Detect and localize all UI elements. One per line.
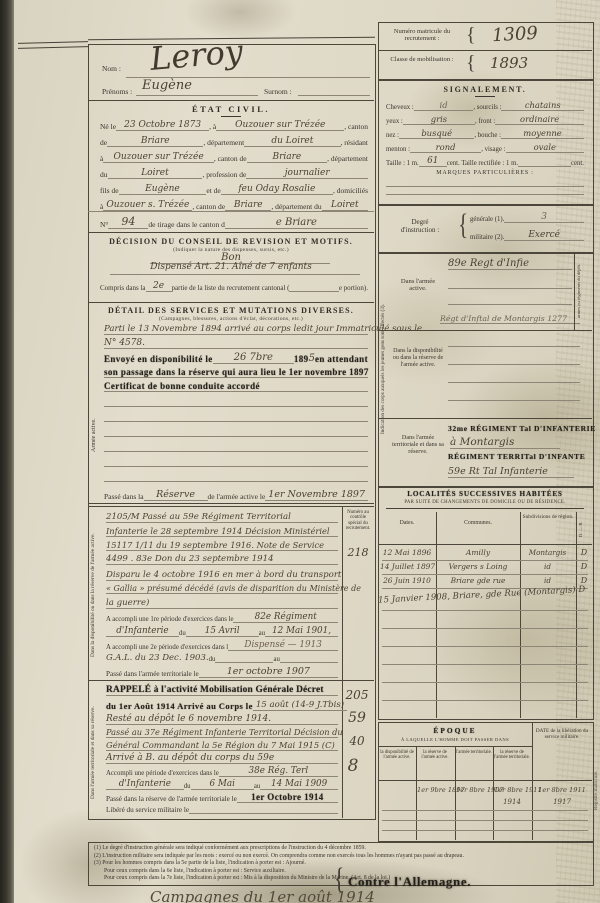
instruction-label-2: d'instruction : [401,226,439,234]
compris-label-a: Compris dans la [100,284,146,292]
epoque-col1-header: la disponibilité de l'armée active. [379,750,415,761]
surnom-rule [298,95,370,96]
ec-line3: àOuzouer sur Trézée, canton deBriare, dé… [100,152,368,163]
sourcils-label: , sourcils : [473,104,501,111]
divider-decision [88,302,374,303]
decision-rule2 [110,274,360,275]
front-label: , front : [475,118,495,125]
epoque-empty-rule2 [382,820,588,821]
loc-r1-dr: D [577,548,591,557]
epoque-col3-header: l'armée territoriale. [456,750,492,755]
rappele-stamp1: RAPPELÉ à l'activité Mobilisation Généra… [106,685,338,696]
periode1-date1: 15 Avril [186,626,259,637]
compris-label-c: e portion). [339,284,368,292]
corps-side-note: armes ou régiments du dépôt. [576,255,590,327]
armee-active-vertical-label: Armée active. [91,378,101,493]
front-value: ordinaire [495,114,584,125]
ec-line6: àOuzouer s. Trézée, canton deBriare, dép… [100,200,368,211]
marques-title: MARQUES PARTICULIÈRES : [378,170,592,176]
passe-label-a: Passé dans la [104,492,144,501]
epoque-val4b: 1914 [494,798,530,806]
territoriale-hand2: 59e Rt Tal Infanterie [448,466,574,478]
margin-number-205: 205 [342,688,372,702]
compris-value: 2e [146,281,172,292]
etat-civil-title: ÉTAT CIVIL. [88,104,374,114]
divider-names [88,100,374,101]
margin-number-59: 59 [342,710,372,726]
ec-l2-label: de [100,138,107,147]
loc-header-dates: Dates. [378,520,436,526]
epoque-empty-rule1 [382,810,588,811]
epoque-val3: 1er 8bre 1907 [456,786,492,794]
book-binding-edge [0,0,14,903]
epoque-val4: 1er 8bre 1911 [494,786,530,794]
ec-l1-label2: , à [209,122,216,131]
ec-l6-value2: Briare [225,200,271,211]
prenoms-rule [136,95,258,96]
taille-label: Taille : 1 m. [386,160,419,167]
tirage-no-value: 94 [108,215,148,229]
rappele-stamp2-line: du 1er Août 1914 Arrivé au Corps le15 ao… [106,700,338,711]
armee-active-value2: Régt d'Inftal de Montargis 1277 [440,314,580,324]
cheveux-label: Cheveux : [386,104,414,111]
dispo-rule1 [448,346,580,347]
compris-blank [289,289,338,292]
instruction-label: Degréd'instruction : [384,218,456,234]
corps-vertical-label: Indication des corps auxquels les jeunes… [380,258,390,480]
matricule-divider [378,50,592,51]
decision-hand2: Dispensé Art. 21. Aîné de 7 enfants [88,262,374,272]
ec-l1-value2: Ouzouer sur Trézée [216,120,344,131]
stamp-envoye-tail: en attendant [315,354,368,364]
reserve-hand2: Infanterie le 28 septembre 1914 Décision… [106,526,338,537]
periode2-line1: A accompli une 2e période d'exercices da… [106,640,338,651]
epoque-date-col-border [532,722,533,840]
passe-value-reserve: Réserve [144,489,208,501]
loc-r3-commune: Briare gde rue [438,576,518,585]
cheveux-value: id [414,100,474,111]
services-title: DÉTAIL DES SERVICES ET MUTATIONS DIVERSE… [88,306,374,315]
ec-l4-label2: , profession de [202,170,246,179]
bouche-value: moyenne [501,128,584,139]
passe-reserve-line: Passé dans laRéservede l'armée active le… [104,489,368,501]
ec-l1-label3: , canton [344,122,368,131]
sig-row4: menton :rond, visage :ovale [386,142,584,153]
surnom-label: Surnom : [264,87,292,96]
periode2-line2: G.A.L. du 23 Dec. 1903.duau [106,653,338,663]
loc-header-dr: D. — R. [578,514,590,544]
periode2-value: Dispensé — 1913 [228,640,338,651]
etat-civil-underline [221,116,241,117]
ec-line4: duLoiret, profession dejournalier [100,168,368,179]
territoriale-stamp1: 32me RÉGIMENT Tal D'INFANTERIE [448,424,596,433]
decision-compris-line: Compris dans la2epartie de la liste du r… [100,281,368,292]
margin-number-8: 8 [338,756,368,776]
generale-value: 3 [504,212,584,223]
ec-l6-value3: Loiret [322,200,368,211]
marques-rule1 [386,186,584,187]
dispo-rule2 [448,364,580,365]
instruction-militaire-row: militaire (2).Exercé [470,230,584,241]
libere-line: Libéré du service militaire le [106,806,338,814]
divider-etat-civil [88,232,374,233]
periode2-blank2 [280,660,338,663]
armee-active-label: Dans l'armée active. [392,278,444,293]
periode2-gal: G.A.L. du 23 Dec. 1903. [106,653,209,663]
sig-row1: Cheveux :id, sourcils :chatains [386,100,584,111]
localites-subtitle: PAR SUITE DE CHANGEMENTS DE DOMICILE OU … [378,500,592,505]
loc-col-line1 [436,512,437,718]
campagnes-line2: Campagnes du 1er août 1914 [150,888,375,903]
compris-label-b: partie de la liste du recrutement canton… [172,284,290,292]
periode1-line1: A accompli une 1re période d'exercices d… [106,612,338,623]
services-stamp-line3: Certificat de bonne conduite accordé [104,381,368,392]
taille-rectifiee-blank [518,164,571,167]
loc-empty-rule4 [382,664,588,665]
ec-l6-label3: , département du [271,202,321,211]
services-subtitle: (Campagnes, blessures, actions d'éclat, … [88,316,374,322]
loc-r2-commune: Vergers s Loing [438,562,518,571]
ec-l6-label2: , canton de [192,202,225,211]
sig-row2: yeux :gris, front :ordinaire [386,114,584,125]
marques-rule2 [386,194,584,195]
services-empty-rule1 [104,406,368,407]
disponibilite-label: Dans la disponibilité ou dans la réserve… [392,348,444,369]
passe-terr-value: 1er octobre 1907 [199,666,338,678]
ec-l6-value: Ouzouer s. Trézée [103,200,192,211]
territoriale-hand1: à Montargis [450,436,560,449]
disponibilite-vertical-label: Dans la disponibilité ou dans la réserve… [91,520,102,670]
rap-periode-label: Accompli une période d'exercices dans le [106,770,219,777]
controle-column-header: Numéro au contrôle spécial du recrutemen… [344,510,372,532]
rap-periode-value: 38e Rég. Terl [219,766,338,777]
loc-r1-subdiv: Montargis [521,548,574,557]
ec-l2-label2: , département [203,138,244,147]
yeux-label: yeux : [386,118,403,125]
passe-value-date: 1er Novembre 1897 [265,489,368,501]
passe-res-terr-value: 1er Octobre 1914 [237,792,338,803]
services-hand1: Parti le 13 Novembre 1894 arrivé au corp… [104,324,368,335]
passe-label-b: de l'armée active le [208,492,266,501]
epoque-subheader-rule [378,780,592,781]
ec-l3-value2: Briare [247,152,328,163]
epoque-subtitle: À LAQUELLE L'HOMME DOIT PASSER DANS [378,737,532,742]
menton-label: menton : [386,146,410,153]
margin-number-40: 40 [342,734,372,748]
visage-label: , visage : [481,146,505,153]
services-empty-rule4 [104,451,368,452]
matricule-label: Numéro matricule du recrutement : [380,28,464,43]
periode1-value: 82e Régiment [233,612,338,623]
rappele-periode-line1: Accompli une période d'exercices dans le… [106,766,338,777]
ec-line5: fils deEugèneet defeu Oday Rosalie, domi… [100,184,368,195]
rappele-hand1: Resté au dépôt le 6 novembre 1914. [106,714,338,725]
periode1-date2: 12 Mai 1901, [265,626,338,637]
loc-empty-rule2 [382,628,588,629]
services-empty-rule6 [104,481,368,482]
loc-empty-rule5 [382,682,588,683]
territoriale-label: Dans l'armée territoriale et dans sa rés… [392,434,444,455]
rappele-stamp2: du 1er Août 1914 Arrivé au Corps le [106,701,253,711]
loc-r1-rule [382,560,588,561]
ec-l4-label: du [100,170,108,179]
loc-empty-rule1 [382,610,588,611]
rap-periode-date1: 6 Mai [191,779,254,790]
tirage-text: de tirage dans le canton d [148,220,224,229]
rap-periode-du: du [184,783,191,790]
instruction-label-1: Degré [411,218,428,226]
loc-empty-rule3 [382,646,588,647]
tirage-no-label: N° [100,220,108,229]
ec-l3-value: Ouzouer sur Trézée [103,152,213,163]
menton-value: rond [410,142,481,153]
instruction-generale-row: générale (1).3 [470,212,584,223]
ec-line1: Né le23 Octobre 1873, àOuzouer sur Trézé… [100,120,368,131]
ec-l5-label3: , domiciliés [333,186,368,195]
sig-row3: nez :busqué, bouche :moyenne [386,128,584,139]
sourcils-value: chatains [501,100,584,111]
rap-periode-date2: 14 Mai 1909 [260,779,338,790]
ec-l2-value2: du Loiret [244,136,340,147]
classe-value: 1893 [490,54,528,72]
visage-value: ovale [506,142,584,153]
signalement-underline [475,96,495,97]
rappele-periode-line2: d'Infanteriedu6 Maiau14 Mai 1909 [106,779,338,790]
epoque-date-value2: 1917 [534,798,590,806]
ec-l5-label: fils de [100,186,119,195]
epoque-date-header: DATE de la libération du service militai… [534,728,590,740]
corps-rule1 [448,288,572,289]
ec-l4-value: Loiret [108,168,203,179]
matricule-brace: { [466,24,476,47]
ec-l3-label2: , canton de [214,154,247,163]
bouche-label: , bouche : [474,132,501,139]
prenoms-label: Prénoms : [102,87,132,96]
reserve-hand7: la guerre) [106,598,338,609]
dispo-rule3 [448,382,580,383]
divider-services2 [88,506,374,507]
generale-label: générale (1). [470,216,504,223]
controle-column-value: 218 [344,546,372,559]
divider-reserve [88,680,374,681]
loc-r3-subdiv: id [521,576,574,585]
periode1-line2: d'Infanteriedu15 Avrilau12 Mai 1901, [106,626,338,637]
loc-r2-date: 14 Juillet 1897 [380,562,434,571]
top-rule-left [18,41,88,44]
stamp-envoye-year: 189 [294,354,309,364]
corps-divider1 [378,330,592,331]
yeux-value: gris [403,114,475,125]
loc-r2-subdiv: id [521,562,574,571]
periode2-du: du [209,656,216,663]
nez-value: busqué [399,128,474,139]
passe-reserve-terr-line: Passé dans la réserve de l'armée territo… [106,792,338,803]
militaire-label: militaire (2). [470,234,504,241]
sig-taille-row: Taille : 1 m.61cent. Taille rectifiée : … [386,156,584,167]
nom-value: Leroy [149,32,245,78]
taille-rectifiee-label: cent. Taille rectifiée : 1 m. [447,160,518,167]
loc-r1-date: 12 Mai 1896 [380,548,434,557]
epoque-col2-header: la réserve de l'armée active. [417,750,453,761]
corps-side-border [574,252,575,330]
stamp-envoye-date: 26 7bre [213,352,294,364]
loc-header-rule [378,544,592,545]
services-empty-rule2 [104,421,368,422]
services-hand2: N° 4578. [104,338,368,349]
corps-divider2 [378,418,592,419]
loc-empty-rule6 [382,700,588,701]
classe-label: Classe de mobilisation : [380,56,464,63]
territoriale-vertical-label: Dans l'armée territoriale et dans sa rés… [91,700,102,805]
ec-l2-label3: , résidant [341,138,369,147]
nom-label: Nom : [102,64,121,73]
loc-r2-dr: D [577,562,591,571]
taille-value: 61 [419,156,447,167]
services-empty-rule5 [104,466,368,467]
reserve-hand3: 15117 1/11 du 19 septembre 1916. Note de… [106,540,338,551]
tirage-canton-value: e Briare [225,217,368,229]
services-stamp-line1: Envoyé en disponibilité le26 7bre1895en … [104,352,368,364]
armee-active-value: 89e Regt d'Infie [448,258,572,270]
services-empty-rule3 [104,436,368,437]
decision-title: DÉCISION DU CONSEIL DE REVISION ET MOTIF… [88,237,374,246]
reserve-hand4: 4499 . 83e Don du 23 septembre 1914 [106,554,338,565]
epoque-date-value: 1er 8bre 1911 [534,786,590,794]
loc-r3-date: 26 Juin 1910 [380,576,434,585]
ec-divider-light [88,211,374,212]
signalement-title: SIGNALEMENT. [378,85,592,94]
periode2-blank1 [215,660,273,663]
ec-l3-label3: , département [327,154,368,163]
matricule-value: 1309 [491,23,538,46]
registre-matricule-side-note: Registre matricule. [593,742,600,838]
instruction-brace: { [458,208,468,242]
ec-l5-value: Eugène [119,184,207,195]
militaire-value: Exercé [504,230,584,241]
footnote-1: (1) Le degré d'instruction générale sera… [94,845,586,853]
rappele-hand2: Passé au 37e Régiment Infanterie Territo… [106,727,338,738]
prenoms-value: Eugène [142,78,192,93]
periode1-label: A accompli une 1re période d'exercices d… [106,616,233,623]
classe-brace: { [466,52,476,75]
services-stamp-line2: son passage dans la réserve qui aura lie… [104,367,368,378]
top-rule-left2 [18,46,88,49]
reserve-hand5: Disparu le 4 octobre 1916 en mer à bord … [106,570,338,581]
rappele-date-value: 15 août (14-9 J.Tbis) [253,700,347,711]
loc-header-subdiv: Subdivisions de région. [522,514,574,520]
loc-header-communes: Communes. [436,520,520,526]
ec-l5-label2: et de [206,186,220,195]
ec-l5-value2: feu Oday Rosalie [221,184,333,195]
passe-res-terr-label: Passé dans la réserve de l'armée territo… [106,795,237,803]
periode1-corps: d'Infanterie [106,626,179,637]
reserve-hand1: 2105/M Passé au 59e Régiment Territorial [106,512,338,523]
periode2-label: A accompli une 2e période d'exercices da… [106,644,228,651]
rap-periode-corps: d'Infanterie [106,779,184,790]
rappele-hand4: Arrivé à B. au dépôt du corps du 59e [106,753,338,764]
ec-l4-value2: journalier [246,168,368,179]
dispo-rule4 [448,400,580,401]
ec-l1-value: 23 Octobre 1873 [116,120,209,131]
nez-label: nez : [386,132,399,139]
passe-territoriale-line: Passé dans l'armée territoriale le1er oc… [106,666,338,678]
libere-blank [189,811,338,814]
loc-r1-commune: Amilly [438,548,518,557]
epoque-col4-header: la réserve de l'armée territoriale. [494,750,530,761]
periode1-du: du [179,630,186,637]
libere-label: Libéré du service militaire le [106,806,189,814]
rappele-hand3: Général Commandant la 5e Région du 7 Mai… [106,740,338,751]
loc-col-line3 [576,512,577,718]
epoque-title: ÉPOQUE [378,726,532,735]
territoriale-stamp2: RÉGIMENT TERRITal D'INFANTE [448,452,590,461]
stamp-envoye: Envoyé en disponibilité le [104,354,213,364]
taille-cent-label: cent. [571,160,584,167]
ec-l1-label: Né le [100,122,116,131]
scanned-military-record-sheet: Nom : Leroy Prénoms : Eugène Surnom : ÉT… [0,0,600,903]
localites-title-rule [386,508,584,509]
passe-terr-label: Passé dans l'armée territoriale le [106,670,199,678]
loc-r2-rule [382,574,588,575]
corps-rule2 [448,304,572,305]
localites-title: LOCALITÉS SUCCESSIVES HABITÉES [378,490,592,498]
ec-tirage-line: N°94de tirage dans le canton de Briare [100,215,368,229]
ec-line2: deBriare, départementdu Loiret, résidant [100,136,368,147]
epoque-val2: 1er 9bre 1897 [417,786,453,794]
loc-col-line2 [520,512,521,718]
reserve-hand6: « Gallia » présumé décédé (avis de dispa… [106,584,338,594]
ec-l2-value: Briare [107,136,203,147]
epoque-empty-rule3 [382,830,588,831]
divider-services [88,503,374,504]
